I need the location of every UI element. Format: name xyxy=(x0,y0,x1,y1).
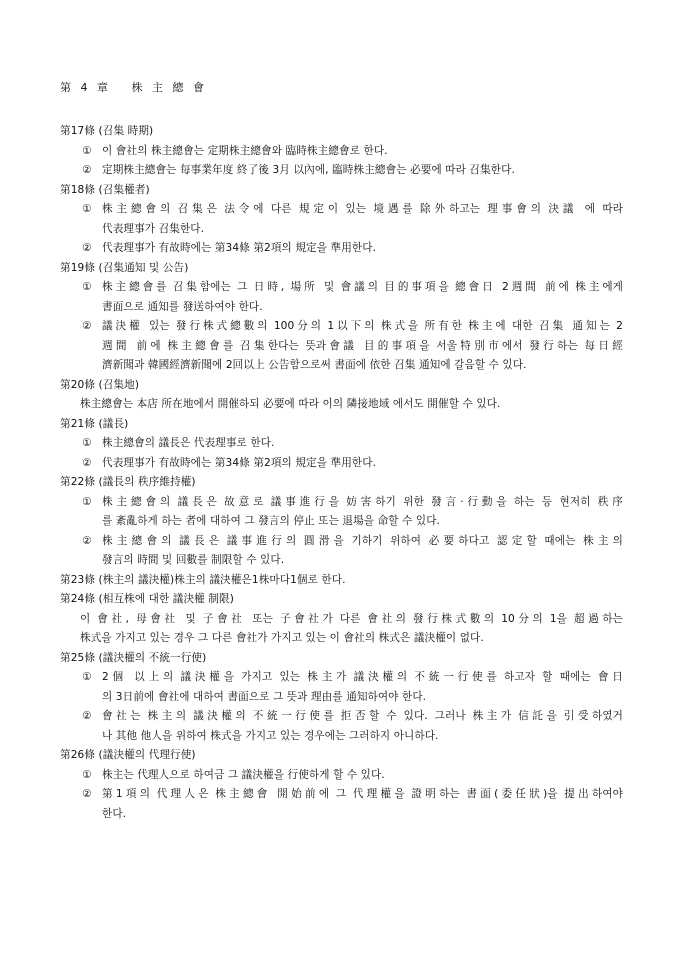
clause-item: ①株主總會의 議長은 代表理事로 한다. xyxy=(60,434,625,454)
article-heading: 第25條 (議決權의 不統一行使) xyxy=(60,649,625,669)
clause-number: ① xyxy=(82,278,102,298)
clause-item: ①株主는 代理人으로 하여금 그 議決權을 行使하게 할 수 있다. xyxy=(60,766,625,786)
article-body: 이 會社, 母會社 및 子會社 또는 子會社가 다른 會社의 發行株式數의 10… xyxy=(60,610,623,630)
article: 第23條 (株主의 議決權)株主의 議決權은1株마다1個로 한다. xyxy=(60,571,625,591)
article-body: 株主總會는 本店 所在地에서 開催하되 必要에 따라 이의 隣接地域 에서도 開… xyxy=(60,395,625,415)
clause-number: ① xyxy=(82,142,102,162)
document-page: 第 4 章 株 主 總 會 第17條 (召集 時期)①이 會社의 株主總會는 定… xyxy=(60,80,625,824)
article: 第25條 (議決權의 不統一行使)①2個 以上의 議決權을 가지고 있는 株主가… xyxy=(60,649,625,747)
clause-item: ②株主總會의 議長은 議事進行의 圓滑을 기하기 위하여 必要하다고 認定할 때… xyxy=(60,532,625,552)
clause-number: ② xyxy=(82,161,102,181)
article-heading: 第20條 (召集地) xyxy=(60,376,625,396)
articles-list: 第17條 (召集 時期)①이 會社의 株主總會는 定期株主總會와 臨時株主總會로… xyxy=(60,122,625,824)
article-heading: 第21條 (議長) xyxy=(60,415,625,435)
clause-number: ② xyxy=(82,707,102,727)
clause-continuation: 를 紊亂하게 하는 者에 대하여 그 發言의 停止 또는 退場을 命할 수 있다… xyxy=(60,512,625,532)
clause-item: ②議決權 있는 發行株式總數의 100分의 1以下의 株式을 所有한 株主에 대… xyxy=(60,317,625,337)
clause-text: 이 會社의 株主總會는 定期株主總會와 臨時株主總會로 한다. xyxy=(102,145,388,157)
clause-text: 株主는 代理人으로 하여금 그 議決權을 行使하게 할 수 있다. xyxy=(102,769,385,781)
clause-item: ①株主總會를 召集함에는 그 日時, 場所 및 會議의 目的事項을 總會日 2週… xyxy=(60,278,625,298)
article-heading: 第22條 (議長의 秩序維持權) xyxy=(60,473,625,493)
article: 第21條 (議長)①株主總會의 議長은 代表理事로 한다.②代表理事가 有故時에… xyxy=(60,415,625,474)
clause-item: ②第1項의 代理人은 株主總會 開始前에 그 代理權을 證明하는 書面(委任狀)… xyxy=(60,785,625,805)
clause-continuation: 의 3日前에 會社에 대하여 書面으로 그 뜻과 理由를 通知하여야 한다. xyxy=(60,688,625,708)
clause-number: ① xyxy=(82,434,102,454)
clause-item: ②定期株主總會는 每事業年度 終了後 3月 以內에, 臨時株主總會는 必要에 따… xyxy=(60,161,625,181)
clause-number: ② xyxy=(82,317,102,337)
article: 第22條 (議長의 秩序維持權)①株主總會의 議長은 故意로 議事進行을 妨害하… xyxy=(60,473,625,571)
article-heading: 第24條 (相互株에 대한 議決權 制限) xyxy=(60,590,625,610)
clause-text: 株主總會의 議長은 故意로 議事進行을 妨害하기 위한 發言·行動을 하는 등 … xyxy=(102,493,623,513)
clause-number: ② xyxy=(82,532,102,552)
clause-text: 2個 以上의 議決權을 가지고 있는 株主가 議決權의 不統一行使를 하고자 할… xyxy=(102,668,623,688)
clause-number: ② xyxy=(82,785,102,805)
article: 第18條 (召集權者)①株主總會의 召集은 法令에 다른 規定이 있는 境遇를 … xyxy=(60,181,625,259)
clause-number: ① xyxy=(82,493,102,513)
clause-item: ①이 會社의 株主總會는 定期株主總會와 臨時株主總會로 한다. xyxy=(60,142,625,162)
article-heading: 第17條 (召集 時期) xyxy=(60,122,625,142)
article: 第20條 (召集地)株主總會는 本店 所在地에서 開催하되 必要에 따라 이의 … xyxy=(60,376,625,415)
clause-item: ①株主總會의 召集은 法令에 다른 規定이 있는 境遇를 除外하고는 理事會의 … xyxy=(60,200,625,220)
article: 第24條 (相互株에 대한 議決權 制限)이 會社, 母會社 및 子會社 또는 … xyxy=(60,590,625,649)
clause-text: 株主總會의 召集은 法令에 다른 規定이 있는 境遇를 除外하고는 理事會의 決… xyxy=(102,200,623,220)
article-heading: 第18條 (召集權者) xyxy=(60,181,625,201)
clause-number: ① xyxy=(82,668,102,688)
clause-item: ①株主總會의 議長은 故意로 議事進行을 妨害하기 위한 發言·行動을 하는 등… xyxy=(60,493,625,513)
clause-text: 議決權 있는 發行株式總數의 100分의 1以下의 株式을 所有한 株主에 대한… xyxy=(102,317,623,337)
article-heading: 第19條 (召集通知 및 公告) xyxy=(60,259,625,279)
clause-text: 會社는 株主의 議決權의 不統一行使를 拒否할 수 있다. 그러나 株主가 信託… xyxy=(102,707,623,727)
clause-text: 第1項의 代理人은 株主總會 開始前에 그 代理權을 證明하는 書面(委任狀)을… xyxy=(102,785,623,805)
clause-number: ② xyxy=(82,454,102,474)
chapter-title: 第 4 章 株 主 總 會 xyxy=(60,80,625,96)
clause-item: ②代表理事가 有故時에는 第34條 第2項의 規定을 準用한다. xyxy=(60,454,625,474)
clause-text: 株主總會의 議長은 議事進行의 圓滑을 기하기 위하여 必要하다고 認定할 때에… xyxy=(102,532,623,552)
article: 第26條 (議決權의 代理行使)①株主는 代理人으로 하여금 그 議決權을 行使… xyxy=(60,746,625,824)
clause-continuation: 代表理事가 召集한다. xyxy=(60,220,625,240)
clause-continuation: 한다. xyxy=(60,805,625,825)
clause-continuation: 書面으로 通知를 發送하여야 한다. xyxy=(60,298,625,318)
clause-text: 株主總會를 召集함에는 그 日時, 場所 및 會議의 目的事項을 總會日 2週間… xyxy=(102,278,623,298)
clause-text: 定期株主總會는 每事業年度 終了後 3月 以內에, 臨時株主總會는 必要에 따라… xyxy=(102,164,515,176)
clause-item: ②會社는 株主의 議決權의 不統一行使를 拒否할 수 있다. 그러나 株主가 信… xyxy=(60,707,625,727)
clause-continuation: 發言의 時間 및 回數를 制限할 수 있다. xyxy=(60,551,625,571)
clause-continuation: 나 其他 他人을 위하여 株式을 가지고 있는 경우에는 그러하지 아니하다. xyxy=(60,727,625,747)
clause-item: ①2個 以上의 議決權을 가지고 있는 株主가 議決權의 不統一行使를 하고자 … xyxy=(60,668,625,688)
article: 第19條 (召集通知 및 公告)①株主總會를 召集함에는 그 日時, 場所 및 … xyxy=(60,259,625,376)
clause-continuation: 週間 前에 株主總會를 召集한다는 뜻과會議 目的事項을 서울特別市에서 發行하… xyxy=(60,337,623,357)
article: 第17條 (召集 時期)①이 會社의 株主總會는 定期株主總會와 臨時株主總會로… xyxy=(60,122,625,181)
clause-item: ②代表理事가 有故時에는 第34條 第2項의 規定을 準用한다. xyxy=(60,239,625,259)
clause-text: 代表理事가 有故時에는 第34條 第2項의 規定을 準用한다. xyxy=(102,242,376,254)
clause-number: ① xyxy=(82,200,102,220)
article-heading: 第26條 (議決權의 代理行使) xyxy=(60,746,625,766)
clause-number: ① xyxy=(82,766,102,786)
clause-text: 代表理事가 有故時에는 第34條 第2項의 規定을 準用한다. xyxy=(102,457,376,469)
article-heading: 第23條 (株主의 議決權)株主의 議決權은1株마다1個로 한다. xyxy=(60,571,625,591)
article-body: 株式을 가지고 있는 경우 그 다른 會社가 가지고 있는 이 會社의 株式은 … xyxy=(60,629,625,649)
clause-number: ② xyxy=(82,239,102,259)
clause-continuation: 濟新聞과 韓國經濟新聞에 2回以上 公告함으로써 書面에 依한 召集 通知에 갈… xyxy=(60,356,625,376)
clause-text: 株主總會의 議長은 代表理事로 한다. xyxy=(102,437,274,449)
